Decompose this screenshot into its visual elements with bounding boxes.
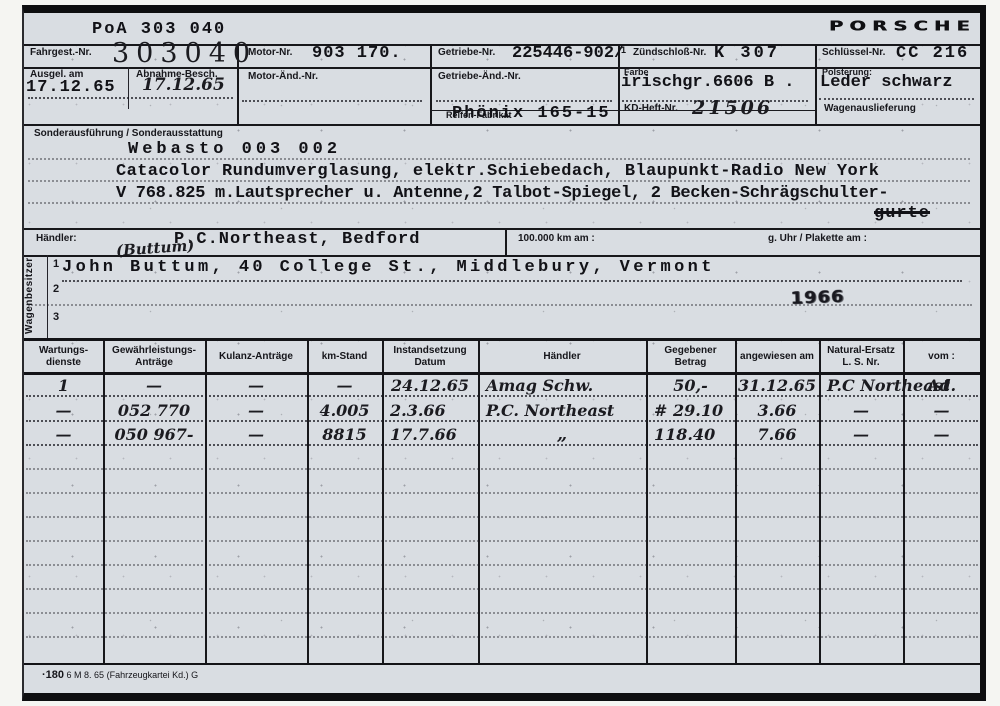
- service-table: Wartungs-dienste Gewährleistungs-Anträge…: [24, 338, 980, 665]
- table-cell: 31.12.65: [735, 375, 819, 397]
- dotted-rule: [28, 180, 970, 182]
- table-cell: 4.005: [307, 400, 382, 422]
- table-cell: 17.7.66: [382, 424, 478, 446]
- table-cell: P.C. Northeast: [478, 400, 646, 422]
- table-cell: —: [819, 424, 903, 446]
- table-cell: P.C Northeast: [819, 375, 903, 397]
- table-cell: —: [819, 400, 903, 422]
- dotted-rule: [26, 468, 978, 470]
- owner-row1-num: 1: [53, 259, 59, 271]
- getriebe-value: 225446-902/: [512, 45, 624, 62]
- table-row: — 052 770 — 4.005 2.3.66 P.C. Northeast …: [24, 400, 980, 422]
- header-kulanz: Kulanz-Anträge: [205, 341, 307, 372]
- owner-row2-num: 2: [53, 284, 59, 296]
- wagenauslieferung-label: Wagenauslieferung: [824, 104, 916, 115]
- header-km-stand: km-Stand: [307, 341, 382, 372]
- zuendschloss-label: Zündschloß-Nr.: [633, 48, 706, 59]
- footer-form-number: ·180: [42, 669, 64, 681]
- table-cell: 50,-: [646, 375, 735, 397]
- table-cell: —: [205, 400, 307, 422]
- dotted-rule: [26, 444, 978, 446]
- table-cell: 3.66: [735, 400, 819, 422]
- table-cell: 24.12.65: [382, 375, 478, 397]
- table-cell: —: [903, 424, 980, 446]
- footer-form-note: 6 M 8. 65 (Fahrzeugkartei Kd.) G: [67, 670, 199, 680]
- dotted-rule: [26, 612, 978, 614]
- wagenbesitzer-side-label: Wagenbesitzer: [24, 257, 46, 335]
- dotted-rule: [26, 636, 978, 638]
- getriebe-label: Getriebe-Nr.: [438, 48, 495, 59]
- table-row: 1 — — — 24.12.65 Amag Schw. 50,- 31.12.6…: [24, 375, 980, 397]
- header-angewiesen: angewiesen am: [735, 341, 819, 372]
- table-cell: —: [307, 375, 382, 397]
- header-instandsetzung: InstandsetzungDatum: [382, 341, 478, 372]
- dotted-rule: [26, 516, 978, 518]
- sonder-line3: V 768.825 m.Lautsprecher u. Antenne,2 Ta…: [116, 185, 888, 202]
- uhr-plakette-label: g. Uhr / Plakette am :: [768, 234, 867, 245]
- table-cell: 8815: [307, 424, 382, 446]
- abnahme-value: 17.12.65: [142, 77, 225, 94]
- dotted-rule: [28, 202, 970, 204]
- dotted-rule: [26, 395, 978, 397]
- table-cell: —: [205, 424, 307, 446]
- dotted-rule: [26, 420, 978, 422]
- header-wartungsdienste: Wartungs-dienste: [24, 341, 103, 372]
- service-table-header: Wartungs-dienste Gewährleistungs-Anträge…: [24, 341, 980, 375]
- table-cell: 1: [24, 375, 103, 397]
- sonder-label: Sonderausführung / Sonderausstattung: [34, 129, 223, 140]
- table-cell: „: [478, 424, 646, 446]
- haendler-value: P.C.Northeast, Bedford: [174, 231, 420, 248]
- reifen-value: Phönix 165-15: [452, 105, 611, 122]
- dotted-rule: [28, 158, 970, 160]
- table-cell: —: [205, 375, 307, 397]
- farbe-value: irischgr.6606 B .: [621, 74, 794, 91]
- table-cell: 052 770: [103, 400, 205, 422]
- dotted-rule: [819, 98, 974, 100]
- header-haendler: Händler: [478, 341, 646, 372]
- table-cell: Amag Schw.: [478, 375, 646, 397]
- header-natural-ersatz: Natural-ErsatzL. S. Nr.: [819, 341, 903, 372]
- section-divider: [24, 228, 980, 230]
- table-row: — 050 967- — 8815 17.7.66 „ 118.40 7.66 …: [24, 424, 980, 446]
- year-stamp: 1966: [790, 287, 845, 309]
- polsterung-value: Leder schwarz: [820, 74, 953, 91]
- dotted-rule: [436, 100, 612, 102]
- motor-label: Motor-Nr.: [248, 48, 292, 59]
- doc-number: PoA 303 040: [92, 21, 226, 38]
- dotted-rule: [62, 280, 962, 282]
- scanned-porsche-service-card: { "colors": {"paper": "#d9dde2", "ink": …: [0, 0, 1000, 706]
- grid-line: [128, 67, 129, 109]
- dotted-rule: [26, 564, 978, 566]
- dotted-rule: [242, 100, 422, 102]
- table-cell: 050 967-: [103, 424, 205, 446]
- fahrzeugkartei-card: PoA 303 040 PORSCHE Fahrgest.-Nr. 303040…: [22, 5, 986, 701]
- schluessel-label: Schlüssel-Nr.: [822, 48, 885, 59]
- table-cell: —: [24, 424, 103, 446]
- dotted-rule: [28, 97, 233, 99]
- motor-aend-label: Motor-Änd.-Nr.: [248, 72, 318, 83]
- owner-row1-value: John Buttum, 40 College St., Middlebury,…: [62, 259, 715, 276]
- table-cell: 2.3.66: [382, 400, 478, 422]
- fahrgest-value: 303040: [112, 40, 257, 67]
- sonder-line1: Webasto 003 002: [128, 141, 341, 158]
- motor-value: 903 170.: [312, 45, 402, 62]
- dotted-rule: [26, 540, 978, 542]
- dotted-rule: [26, 588, 978, 590]
- getriebe-aend-label: Getriebe-Änd.-Nr.: [438, 72, 521, 83]
- sonder-line2: Catacolor Rundumverglasung, elektr.Schie…: [116, 163, 879, 180]
- zuendschloss-value: K 307: [714, 45, 780, 62]
- km-100000-label: 100.000 km am :: [518, 234, 595, 245]
- schluessel-value: CC 216: [896, 45, 969, 62]
- ausgel-value: 17.12.65: [26, 79, 116, 96]
- table-cell: Ad.: [903, 375, 980, 397]
- kd-heft-value: 21506: [692, 99, 773, 118]
- kd-heft-label: KD-Heft-Nr.: [624, 104, 678, 115]
- grid-line: [430, 44, 432, 124]
- haendler-label: Händler:: [36, 234, 77, 245]
- porsche-logo: PORSCHE: [829, 18, 976, 34]
- table-cell: 118.40: [646, 424, 735, 446]
- fahrgest-label: Fahrgest.-Nr.: [30, 48, 92, 59]
- footer-text: ·180 6 M 8. 65 (Fahrzeugkartei Kd.) G: [42, 669, 198, 681]
- table-cell: # 29.10: [646, 400, 735, 422]
- grid-line: [24, 124, 980, 126]
- table-cell: 7.66: [735, 424, 819, 446]
- grid-line: [47, 255, 48, 338]
- header-gewaehrleistung: Gewährleistungs-Anträge: [103, 341, 205, 372]
- grid-line: [505, 228, 507, 255]
- zuendschloss-prefix: 1: [621, 46, 626, 55]
- dotted-rule: [26, 492, 978, 494]
- table-cell: —: [903, 400, 980, 422]
- sonder-line4: gurte: [874, 205, 930, 222]
- grid-line: [815, 44, 817, 124]
- table-cell: —: [103, 375, 205, 397]
- table-cell: —: [24, 400, 103, 422]
- header-vom: vom :: [903, 341, 980, 372]
- owner-row3-num: 3: [53, 312, 59, 324]
- header-betrag: GegebenerBetrag: [646, 341, 735, 372]
